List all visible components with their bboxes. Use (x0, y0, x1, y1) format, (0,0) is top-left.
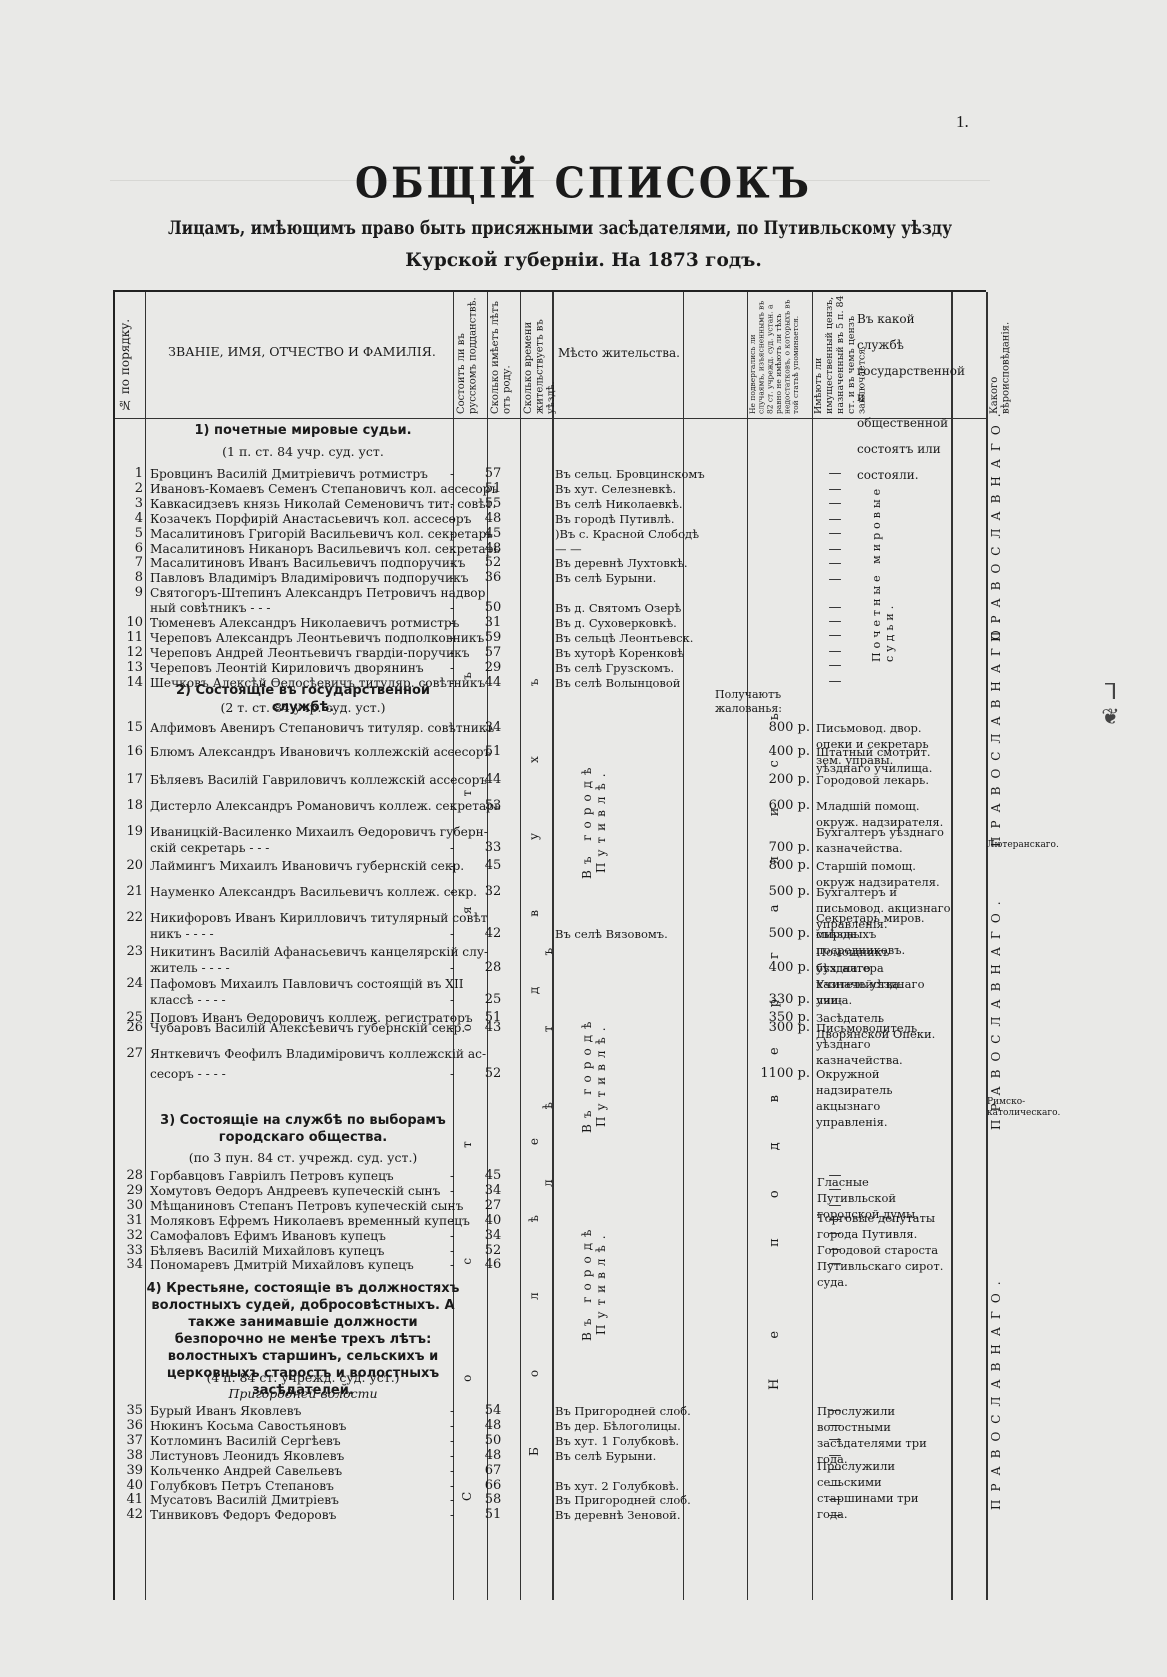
row-number: 32 (115, 1228, 143, 1244)
row-number: 23 (115, 944, 143, 960)
person-name-rank: Науменко Александръ Васильевичъ коллеж. … (150, 884, 450, 900)
page-number: 1. (956, 112, 969, 132)
dash-mark: - (447, 960, 457, 976)
dash-mark: - (447, 1478, 457, 1494)
vertical-place-putivl: Въ городѣ Путивлѣ. (580, 1182, 600, 1382)
residence-place: Въ д. Суховерковкѣ. (555, 615, 685, 631)
table-row: 11Череповъ Александръ Леонтьевичъ подпол… (115, 630, 986, 646)
dash-mark: - (447, 541, 457, 557)
person-name-rank: Масалитиновъ Григорій Васильевичъ кол. с… (150, 526, 450, 542)
table-row: 5Масалитиновъ Григорій Васильевичъ кол. … (115, 526, 986, 542)
no-property-dash: — (825, 674, 845, 690)
residence-place: Въ селѣ Бурыни. (555, 1448, 685, 1464)
person-name-rank: Нюкинъ Косьма Савостьяновъ (150, 1418, 450, 1434)
residence-place: Въ деревнѣ Зеновой. (555, 1507, 685, 1523)
no-property-dash: — (825, 556, 845, 572)
table-row: 12Череповъ Андрей Леонтьевичъ гвардіи-по… (115, 645, 986, 661)
residence-place: )Въ с. Красной Слободѣ (555, 526, 685, 542)
row-number: 21 (115, 884, 143, 900)
row-number: 11 (115, 630, 143, 646)
residence-place: Въ деревнѣ Лухтовкѣ. (555, 555, 685, 571)
dash-mark: - (447, 615, 457, 631)
dash-mark: - (447, 1418, 457, 1434)
residence-place: Въ селѣ Николаевкѣ. (555, 496, 685, 512)
vertical-residence: Болѣе двухъ лѣтъ (527, 462, 549, 1602)
person-name-rank: классѣ - - - - (150, 992, 450, 1008)
table-row: 3Кавкасидзевъ князь Николай Семеновичъ т… (115, 496, 986, 512)
no-property-dash: — (825, 1256, 845, 1272)
dash-mark: - (447, 772, 457, 788)
table-row: 19Иваницкій-Василенко Михаилъ Ѳедоровичъ… (115, 824, 986, 840)
table-row: 13Череповъ Леонтій Кириловичъ дворянинъ-… (115, 660, 986, 676)
person-name-rank: Лаймингъ Михаилъ Ивановичъ губернскій се… (150, 858, 450, 874)
no-property-dash: — (825, 1403, 845, 1419)
row-number: 29 (115, 1183, 143, 1199)
residence-place: Въ селѣ Волынцовой (555, 675, 685, 691)
person-name-rank: Череповъ Александръ Леонтьевичъ подполко… (150, 630, 450, 646)
residence-place: Въ дер. Бѣлоголицы. (555, 1418, 685, 1434)
no-property-dash: — (825, 466, 845, 482)
no-property-dash: — (825, 572, 845, 588)
vertical-honorary-judges: Почетные мировые судьи. (870, 462, 888, 662)
section-legal-note: (2 т. ст. 84 учр. суд. уст.) (143, 700, 463, 715)
residence-place: Въ Пригородней слоб. (555, 1492, 685, 1508)
residence-place: Въ сельцѣ Леонтьевск. (555, 630, 685, 646)
section-subheading: Пригородней волости (143, 1386, 463, 1401)
dash-mark: - (447, 630, 457, 646)
document-subtitle-line2: Курской губерніи. На 1873 годъ. (0, 250, 1167, 271)
dash-mark: - (447, 555, 457, 571)
service-position: Бухгалтеръ уѣзднаго (816, 824, 951, 840)
person-name-rank: Котломинъ Василій Сергѣевъ (150, 1433, 450, 1449)
row-number: 38 (115, 1448, 143, 1464)
table-row: 10Тюменевъ Александръ Николаевичъ ротмис… (115, 615, 986, 631)
dash-mark: - (447, 884, 457, 900)
row-number: 20 (115, 858, 143, 874)
dash-mark: - (447, 526, 457, 542)
person-name-rank: Дистерло Александръ Романовичъ коллеж. с… (150, 798, 450, 814)
row-number: 27 (115, 1046, 143, 1062)
residence-place: Въ Пригородней слоб. (555, 1403, 685, 1419)
header-number: № по порядку. (119, 312, 133, 412)
dash-mark: - (447, 1257, 457, 1273)
dash-mark: - (447, 1213, 457, 1229)
person-name-rank: Листуновъ Леонидъ Яковлевъ (150, 1448, 450, 1464)
person-name-rank: Мѣщаниновъ Степанъ Петровъ купеческій сы… (150, 1198, 450, 1214)
header-age: Сколько имѣетъ лѣтъ отъ роду. (490, 296, 519, 414)
dash-mark: - (447, 992, 457, 1008)
table-row: 16Блюмъ Александръ Ивановичъ коллежскій … (115, 744, 986, 760)
row-number: 14 (115, 675, 143, 691)
header-place: Мѣсто жительства. (555, 346, 683, 360)
dash-mark: - (447, 840, 457, 856)
service-position: Окружной надзиратель акцызнаго управлені… (816, 1066, 951, 1130)
vertical-citizenship: Состоятъ (460, 462, 482, 1602)
no-property-dash: — (825, 658, 845, 674)
row-number: 6 (115, 541, 143, 557)
row-number: 10 (115, 615, 143, 631)
person-name-rank: Кольченко Андрей Савельевъ (150, 1463, 450, 1479)
person-name-rank: никъ - - - - (150, 926, 450, 942)
row-number: 30 (115, 1198, 143, 1214)
row-number: 40 (115, 1478, 143, 1494)
table-row: 6Масалитиновъ Никаноръ Васильевичъ кол. … (115, 541, 986, 557)
row-number: 31 (115, 1213, 143, 1229)
no-property-dash: — (825, 1492, 845, 1508)
person-name-rank: Пафомовъ Михаилъ Павловичъ состоящій въ … (150, 976, 450, 992)
residence-place: Въ хут. 1 Голубковѣ. (555, 1433, 685, 1449)
row-number: 8 (115, 570, 143, 586)
header-divider (115, 418, 986, 419)
row-number: 7 (115, 555, 143, 571)
col-divider (986, 292, 988, 1600)
row-number: 4 (115, 511, 143, 527)
residence-place: Въ д. Святомъ Озерѣ (555, 600, 685, 616)
person-name-rank: Масалитиновъ Никаноръ Васильевичъ кол. с… (150, 541, 450, 557)
row-number: 42 (115, 1507, 143, 1523)
dash-mark: - (447, 744, 457, 760)
no-property-dash: — (825, 496, 845, 512)
residence-place: Въ селѣ Бурыни. (555, 570, 685, 586)
dash-mark: - (447, 1066, 457, 1082)
row-number: 24 (115, 976, 143, 992)
dash-mark: - (447, 645, 457, 661)
person-name-rank: Янткевичъ Феофилъ Владиміровичъ коллежск… (150, 1046, 450, 1062)
religion-note-catholic: Римско-католическаго. (987, 1097, 1021, 1119)
religion-note-lutheran: Лютеранскаго. (987, 840, 1021, 851)
person-name-rank: Иваницкій-Василенко Михаилъ Ѳедоровичъ г… (150, 824, 450, 840)
row-number: 2 (115, 481, 143, 497)
table-row: 4Козачекъ Порфирій Анастасьевичъ кол. ас… (115, 511, 986, 527)
person-name-rank: Мусатовъ Василій Дмитріевъ (150, 1492, 450, 1508)
person-name-rank: Тинвиковъ Федоръ Федоровъ (150, 1507, 450, 1523)
header-name: ЗВАНІЕ, ИМЯ, ОТЧЕСТВО И ФАМИЛІЯ. (157, 344, 447, 359)
person-name-rank: Ивановъ-Комаевъ Семенъ Степановичъ кол. … (150, 481, 450, 497)
person-name-rank: Кавкасидзевъ князь Николай Семеновичъ ти… (150, 496, 450, 512)
header-citizenship: Состоитъ ли въ русскомъ подданствѣ. (456, 296, 486, 414)
dash-mark: - (447, 1228, 457, 1244)
header-religion-text: Какого вѣроисповѣданія. (989, 296, 1013, 414)
row-number: 18 (115, 798, 143, 814)
row-number: 33 (115, 1243, 143, 1259)
section-legal-note: (4 п. 84 ст. учрежд. суд. уст.) (143, 1370, 463, 1385)
vertical-religion: ПРАВОСЛАВНАГО. (989, 647, 1009, 847)
person-name-rank: Тюменевъ Александръ Николаевичъ ротмистр… (150, 615, 450, 631)
document-title: ОБЩІЙ СПИСОКЪ (0, 158, 1167, 208)
person-name-rank: Моляковъ Ефремъ Николаевъ временный купе… (150, 1213, 450, 1229)
person-name-rank: Бурый Иванъ Яковлевъ (150, 1403, 450, 1419)
row-number: 12 (115, 645, 143, 661)
dash-mark: - (447, 1403, 457, 1419)
dash-mark: - (447, 858, 457, 874)
row-number: 19 (115, 824, 143, 840)
residence-place: Въ хут. 2 Голубковѣ. (555, 1478, 685, 1494)
row-number: 37 (115, 1433, 143, 1449)
no-property-dash: — (825, 1226, 845, 1242)
person-name-rank: Бѣляевъ Василій Михайловъ купецъ (150, 1243, 450, 1259)
person-name-rank: Козачекъ Порфирій Анастасьевичъ кол. асс… (150, 511, 450, 527)
jurors-table: № по порядку. ЗВАНІЕ, ИМЯ, ОТЧЕСТВО И ФА… (113, 290, 986, 1600)
residence-place: Въ хуторѣ Коренковѣ (555, 645, 685, 661)
row-number: 13 (115, 660, 143, 676)
section-legal-note: (по 3 пун. 84 ст. учрежд. суд. уст.) (143, 1150, 463, 1165)
service-position: казначейства. (816, 840, 951, 856)
table-row: 8Павловъ Владиміръ Владиміровичъ подпору… (115, 570, 986, 586)
dash-mark: - (447, 720, 457, 736)
table-row: 9Святогоръ-Штепинъ Александръ Петровичъ … (115, 585, 986, 601)
dash-mark: - (447, 600, 457, 616)
vertical-place-putivl: Въ городѣ Путивлѣ. (580, 740, 600, 900)
dash-mark: - (447, 798, 457, 814)
no-property-dash: — (825, 1182, 845, 1198)
row-number: 34 (115, 1257, 143, 1273)
dash-mark: - (447, 660, 457, 676)
header-convictions: Не подвергались ли случаямъ, изъясненным… (749, 294, 811, 414)
service-position: лища. (816, 992, 951, 1008)
header-residence: Сколько времени жительствуетъ въ уѣздѣ. (523, 296, 551, 414)
dash-mark: - (447, 511, 457, 527)
dash-mark: - (447, 481, 457, 497)
no-property-dash: — (825, 1462, 845, 1478)
person-name-rank: Пономаревъ Дмитрій Михайловъ купецъ (150, 1257, 450, 1273)
no-property-dash: — (825, 1508, 845, 1524)
header-property: Имѣютъ ли имущественный цензъ, назначенн… (814, 294, 850, 414)
dash-mark: - (447, 570, 457, 586)
dash-mark: - (447, 466, 457, 482)
row-number: 16 (115, 744, 143, 760)
row-number: 17 (115, 772, 143, 788)
service-position: Городовой лекарь. (816, 772, 951, 788)
row-number: 36 (115, 1418, 143, 1434)
person-name-rank: Бровцинъ Василій Дмитріевичъ ротмистръ (150, 466, 450, 482)
person-name-rank: Череповъ Леонтій Кириловичъ дворянинъ (150, 660, 450, 676)
row-number: 22 (115, 910, 143, 926)
residence-place: Въ городѣ Путивлѣ. (555, 511, 685, 527)
table-row: 7Масалитиновъ Иванъ Васильевичъ подпоруч… (115, 555, 986, 571)
table-row: 1Бровцинъ Василій Дмитріевичъ ротмистръ-… (115, 466, 986, 482)
person-name-rank: Никитинъ Василій Афанасьевичъ канцелярск… (150, 944, 450, 960)
person-name-rank: Никифоровъ Иванъ Кирилловичъ титулярный … (150, 910, 450, 926)
person-name-rank: Павловъ Владиміръ Владиміровичъ подпоруч… (150, 570, 450, 586)
salary-header: Получаютъ жалованья: (715, 688, 811, 716)
row-number: 3 (115, 496, 143, 512)
person-name-rank: скій секретарь - - - (150, 840, 450, 856)
no-property-dash: — (825, 1432, 845, 1448)
dash-mark: - (447, 1198, 457, 1214)
vertical-place-putivl: Въ городѣ Путивлѣ. (580, 974, 600, 1174)
dash-mark: - (447, 1433, 457, 1449)
no-property-dash: — (825, 526, 845, 542)
person-name-rank: Святогоръ-Штепинъ Александръ Петровичъ н… (150, 585, 450, 601)
margin-ink-mark: ᒣ❦ (1098, 680, 1123, 730)
table-row: 20Лаймингъ Михаилъ Ивановичъ губернскій … (115, 858, 986, 874)
table-row: 15Алфимовъ Авениръ Степановичъ титуляр. … (115, 720, 986, 736)
table-row: 17Бѣляевъ Василій Гавриловичъ коллежскій… (115, 772, 986, 788)
row-number: 28 (115, 1168, 143, 1184)
dash-mark: - (447, 1020, 457, 1036)
section-heading: 3) Состоящіе на службѣ по выборамъ город… (143, 1112, 463, 1146)
dash-mark: - (447, 926, 457, 942)
dash-mark: - (447, 1507, 457, 1523)
residence-place: — — (555, 541, 685, 557)
person-name-rank: Самофаловъ Ефимъ Ивановъ купецъ (150, 1228, 450, 1244)
header-service: Въ какой службѣ государственной и общест… (857, 306, 949, 488)
row-number: 9 (115, 585, 143, 601)
person-name-rank: Масалитиновъ Иванъ Васильевичъ подпоручи… (150, 555, 450, 571)
person-name-rank: ный совѣтникъ - - - (150, 600, 450, 616)
table-row: 2Ивановъ-Комаевъ Семенъ Степановичъ кол.… (115, 481, 986, 497)
vertical-convictions: Не подвергались (767, 462, 789, 1602)
person-name-rank: Блюмъ Александръ Ивановичъ коллежскій ас… (150, 744, 450, 760)
dash-mark: - (447, 1183, 457, 1199)
dash-mark: - (447, 1492, 457, 1508)
person-name-rank: Горбавцовъ Гавріилъ Петровъ купецъ (150, 1168, 450, 1184)
residence-place: Въ селѣ Вязовомъ. (555, 926, 685, 942)
row-number: 5 (115, 526, 143, 542)
dash-mark: - (447, 1448, 457, 1464)
person-name-rank: Хомутовъ Ѳедоръ Андреевъ купеческій сынъ (150, 1183, 450, 1199)
dash-mark: - (447, 1168, 457, 1184)
vertical-religion: ПРАВОСЛАВНАГО. (989, 1182, 1009, 1602)
section-heading: 1) почетные мировые судьи. (143, 422, 463, 439)
no-property-dash: — (825, 628, 845, 644)
dash-mark: - (447, 1463, 457, 1479)
person-name-rank: Голубковъ Петръ Степановъ (150, 1478, 450, 1494)
row-number: 1 (115, 466, 143, 482)
document-subtitle-line1: Лицамъ, имѣющимъ право быть присяжными з… (151, 218, 969, 239)
person-name-rank: сесоръ - - - - (150, 1066, 450, 1082)
row-number: 35 (115, 1403, 143, 1419)
residence-place: Въ сельц. Бровцинскомъ (555, 466, 685, 482)
row-number: 15 (115, 720, 143, 736)
row-number: 26 (115, 1020, 143, 1036)
table-row: скій секретарь - - --33700 р.казначейств… (115, 840, 986, 856)
person-name-rank: Бѣляевъ Василій Гавриловичъ коллежскій а… (150, 772, 450, 788)
row-number: 39 (115, 1463, 143, 1479)
person-name-rank: Алфимовъ Авениръ Степановичъ титуляр. со… (150, 720, 450, 736)
dash-mark: - (447, 1243, 457, 1259)
section-legal-note: (1 п. ст. 84 учр. суд. уст. (143, 444, 463, 459)
person-name-rank: Череповъ Андрей Леонтьевичъ гвардіи-пору… (150, 645, 450, 661)
person-name-rank: Чубаровъ Василій Алексѣевичъ губернскій … (150, 1020, 450, 1036)
person-name-rank: житель - - - - (150, 960, 450, 976)
dash-mark: - (447, 496, 457, 512)
table-row: ный совѣтникъ - - --50Въ д. Святомъ Озер… (115, 600, 986, 616)
table-row: 18Дистерло Александръ Романовичъ коллеж.… (115, 798, 986, 814)
residence-place: Въ хут. Селезневкѣ. (555, 481, 685, 497)
residence-place: Въ селѣ Грузскомъ. (555, 660, 685, 676)
row-number: 41 (115, 1492, 143, 1508)
